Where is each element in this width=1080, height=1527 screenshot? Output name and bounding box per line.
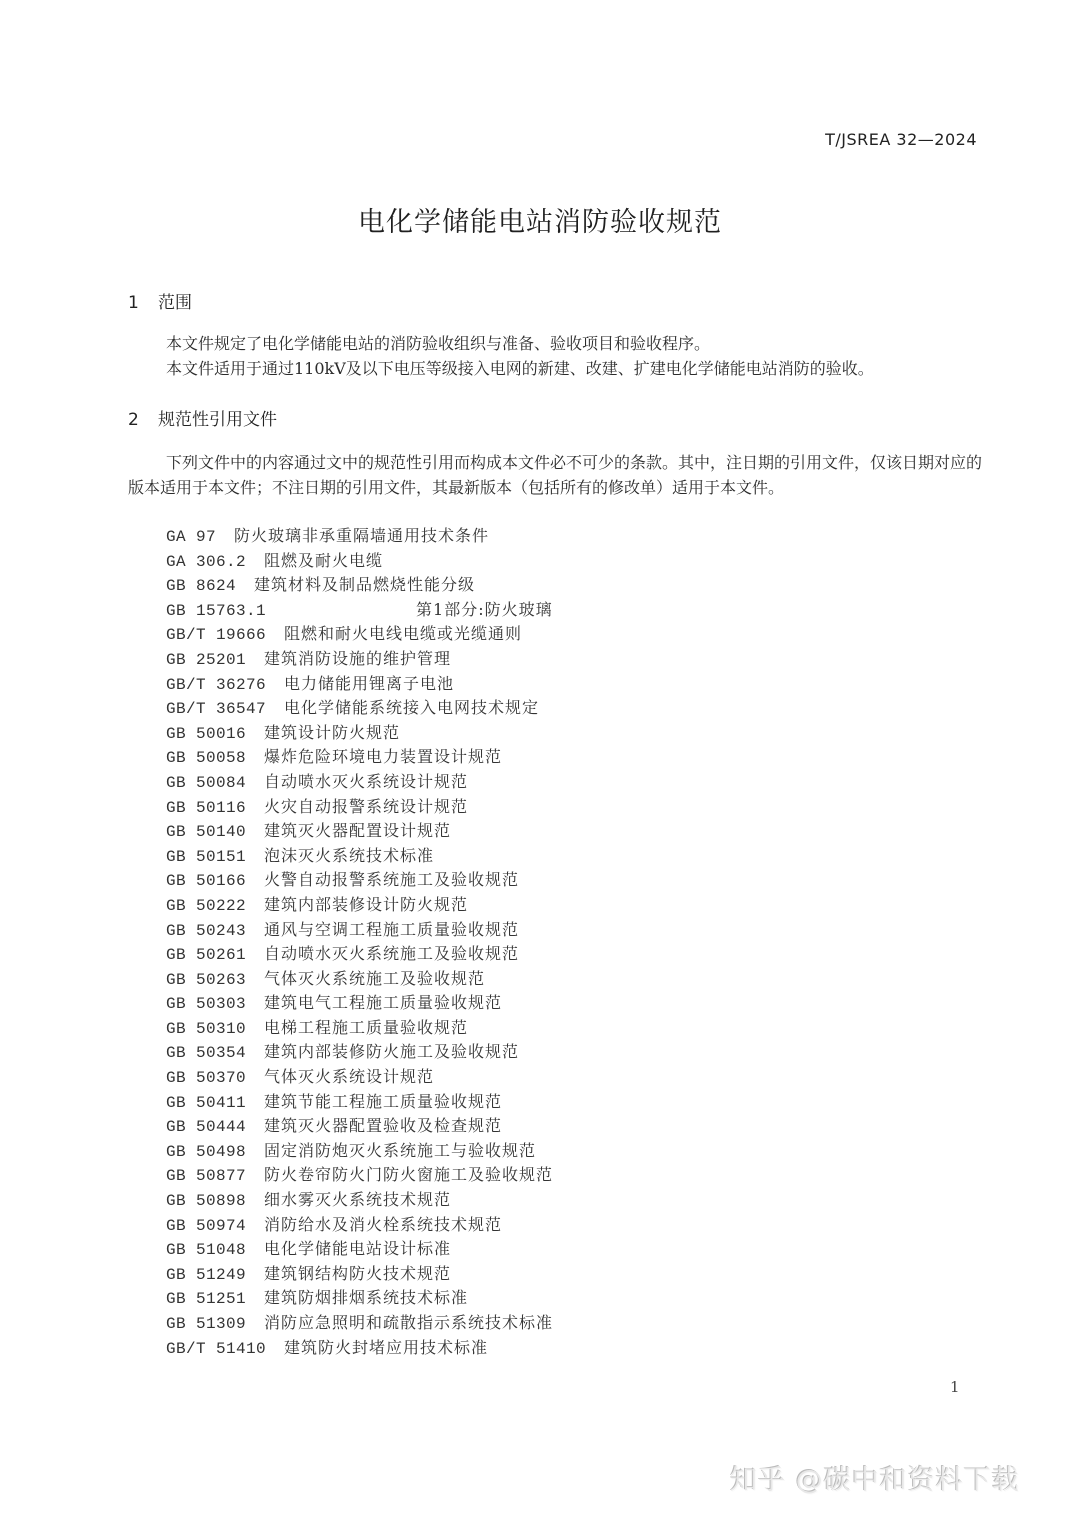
- reference-item: GB 51249建筑钢结构防火技术规范: [166, 1262, 553, 1287]
- reference-name: 建筑消防设施的维护管理: [264, 647, 451, 672]
- reference-name: 电化学储能电站设计标准: [264, 1237, 451, 1262]
- reference-code: GB 50263: [166, 968, 246, 993]
- reference-item: GB/T 36276电力储能用锂离子电池: [166, 672, 553, 697]
- reference-code: GB 15763.1: [166, 599, 266, 624]
- reference-name: 建筑灭火器配置验收及检查规范: [264, 1114, 502, 1139]
- section-1-heading: 1范围: [128, 288, 192, 313]
- reference-name: 火灾自动报警系统设计规范: [264, 795, 468, 820]
- reference-name: 自动喷水灭火系统施工及验收规范: [264, 942, 519, 967]
- reference-code: GB 50016: [166, 722, 246, 747]
- reference-code: GB 50877: [166, 1164, 246, 1189]
- reference-name: 防火玻璃非承重隔墙通用技术条件: [234, 524, 489, 549]
- reference-name: 建筑内部装修防火施工及验收规范: [264, 1040, 519, 1065]
- reference-item: GB 50140建筑灭火器配置设计规范: [166, 819, 553, 844]
- reference-code: GB 8624: [166, 574, 236, 599]
- reference-code: GB 50151: [166, 845, 246, 870]
- reference-name: 建筑防火封堵应用技术标准: [284, 1336, 488, 1361]
- reference-name: 建筑电气工程施工质量验收规范: [264, 991, 502, 1016]
- reference-item: GB 50151泡沫灭火系统技术标准: [166, 844, 553, 869]
- reference-item: GB 50444建筑灭火器配置验收及检查规范: [166, 1114, 553, 1139]
- reference-code: GB 50303: [166, 992, 246, 1017]
- section-title: 规范性引用文件: [158, 410, 277, 430]
- section-title: 范围: [158, 293, 192, 313]
- reference-code: GA 306.2: [166, 550, 246, 575]
- reference-name: 通风与空调工程施工质量验收规范: [264, 918, 519, 943]
- reference-name: 泡沫灭火系统技术标准: [264, 844, 434, 869]
- reference-code: GB 50140: [166, 820, 246, 845]
- reference-name: 建筑节能工程施工质量验收规范: [264, 1090, 502, 1115]
- reference-name: 阻燃和耐火电线电缆或光缆通则: [284, 622, 522, 647]
- reference-name: 消防给水及消火栓系统技术规范: [264, 1213, 502, 1238]
- reference-item: GB 50898细水雾灭火系统技术规范: [166, 1188, 553, 1213]
- reference-item: GB 50058爆炸危险环境电力装置设计规范: [166, 745, 553, 770]
- section-2-intro: 下列文件中的内容通过文中的规范性引用而构成本文件必不可少的条款。其中，注日期的引…: [128, 451, 983, 500]
- reference-item: GB 50354建筑内部装修防火施工及验收规范: [166, 1040, 553, 1065]
- reference-item: GB 50166火警自动报警系统施工及验收规范: [166, 868, 553, 893]
- section-2-heading: 2规范性引用文件: [128, 405, 277, 430]
- reference-code: GB/T 36547: [166, 697, 266, 722]
- reference-item: GB/T 36547电化学储能系统接入电网技术规定: [166, 696, 553, 721]
- reference-item: GB 50261自动喷水灭火系统施工及验收规范: [166, 942, 553, 967]
- reference-item: GA 97防火玻璃非承重隔墙通用技术条件: [166, 524, 553, 549]
- standard-code: T/JSREA 32—2024: [825, 130, 977, 149]
- reference-name: 建筑设计防火规范: [264, 721, 400, 746]
- reference-name: 细水雾灭火系统技术规范: [264, 1188, 451, 1213]
- reference-item: GB/T 19666阻燃和耐火电线电缆或光缆通则: [166, 622, 553, 647]
- reference-item: GB 50370气体灭火系统设计规范: [166, 1065, 553, 1090]
- reference-name: 建筑防烟排烟系统技术标准: [264, 1286, 468, 1311]
- reference-item: GB 51309消防应急照明和疏散指示系统技术标准: [166, 1311, 553, 1336]
- reference-item: GB 51251建筑防烟排烟系统技术标准: [166, 1286, 553, 1311]
- reference-name: 自动喷水灭火系统设计规范: [264, 770, 468, 795]
- paragraph: 下列文件中的内容通过文中的规范性引用而构成本文件必不可少的条款。其中，注日期的引…: [128, 451, 983, 500]
- reference-name: 建筑钢结构防火技术规范: [264, 1262, 451, 1287]
- reference-name: 火警自动报警系统施工及验收规范: [264, 868, 519, 893]
- reference-item: GB 50877防火卷帘防火门防火窗施工及验收规范: [166, 1163, 553, 1188]
- reference-name: 固定消防炮灭火系统施工与验收规范: [264, 1139, 536, 1164]
- reference-item: GB 25201建筑消防设施的维护管理: [166, 647, 553, 672]
- reference-code: GB 50243: [166, 919, 246, 944]
- reference-code: GB 50222: [166, 894, 246, 919]
- reference-code: GB 50411: [166, 1091, 246, 1116]
- reference-code: GB 25201: [166, 648, 246, 673]
- reference-item: GB 50974消防给水及消火栓系统技术规范: [166, 1213, 553, 1238]
- reference-code: GB 50370: [166, 1066, 246, 1091]
- reference-item: GB 51048电化学储能电站设计标准: [166, 1237, 553, 1262]
- page-number: 1: [950, 1378, 960, 1396]
- reference-name: 建筑灭火器配置设计规范: [264, 819, 451, 844]
- reference-item: GB 50084自动喷水灭火系统设计规范: [166, 770, 553, 795]
- reference-item: GB 50303建筑电气工程施工质量验收规范: [166, 991, 553, 1016]
- reference-name: 消防应急照明和疏散指示系统技术标准: [264, 1311, 553, 1336]
- reference-name: 防火卷帘防火门防火窗施工及验收规范: [264, 1163, 553, 1188]
- reference-item: GB 50222建筑内部装修设计防火规范: [166, 893, 553, 918]
- reference-code: GB 50084: [166, 771, 246, 796]
- reference-item: GB 50016建筑设计防火规范: [166, 721, 553, 746]
- reference-list: GA 97防火玻璃非承重隔墙通用技术条件 GA 306.2阻燃及耐火电缆 GB …: [166, 524, 553, 1360]
- section-1-body: 本文件规定了电化学储能电站的消防验收组织与准备、验收项目和验收程序。 本文件适用…: [128, 332, 983, 381]
- reference-code: GB 50261: [166, 943, 246, 968]
- reference-item: GB 50243通风与空调工程施工质量验收规范: [166, 918, 553, 943]
- reference-name: 气体灭火系统施工及验收规范: [264, 967, 485, 992]
- reference-code: GB 51249: [166, 1263, 246, 1288]
- reference-name: 阻燃及耐火电缆: [264, 549, 383, 574]
- reference-code: GB 50498: [166, 1140, 246, 1165]
- reference-item: GB/T 51410建筑防火封堵应用技术标准: [166, 1336, 553, 1361]
- document-title: 电化学储能电站消防验收规范: [0, 200, 1080, 239]
- watermark: 知乎 @碳中和资料下载: [730, 1458, 1020, 1497]
- reference-name: 电力储能用锂离子电池: [284, 672, 454, 697]
- reference-name: 建筑材料及制品燃烧性能分级: [254, 573, 475, 598]
- reference-code: GB 50974: [166, 1214, 246, 1239]
- reference-code: GB 50898: [166, 1189, 246, 1214]
- reference-code: GB/T 19666: [166, 623, 266, 648]
- reference-item: GB 8624建筑材料及制品燃烧性能分级: [166, 573, 553, 598]
- section-number: 1: [128, 293, 158, 313]
- paragraph: 本文件适用于通过110kV及以下电压等级接入电网的新建、改建、扩建电化学储能电站…: [128, 357, 983, 382]
- reference-name: 气体灭火系统设计规范: [264, 1065, 434, 1090]
- reference-item: GB 50310电梯工程施工质量验收规范: [166, 1016, 553, 1041]
- reference-item: GB 50498固定消防炮灭火系统施工与验收规范: [166, 1139, 553, 1164]
- reference-item: GA 306.2阻燃及耐火电缆: [166, 549, 553, 574]
- reference-item: GB 15763.1第1部分:防火玻璃: [166, 598, 553, 623]
- reference-code: GB 50444: [166, 1115, 246, 1140]
- reference-name: 第1部分:防火玻璃: [416, 598, 553, 623]
- reference-code: GB 50310: [166, 1017, 246, 1042]
- reference-code: GB/T 36276: [166, 673, 266, 698]
- reference-name: 电化学储能系统接入电网技术规定: [284, 696, 539, 721]
- reference-code: GB 51251: [166, 1287, 246, 1312]
- reference-name: 电梯工程施工质量验收规范: [264, 1016, 468, 1041]
- reference-code: GB 51309: [166, 1312, 246, 1337]
- reference-item: GB 50263气体灭火系统施工及验收规范: [166, 967, 553, 992]
- reference-item: GB 50116火灾自动报警系统设计规范: [166, 795, 553, 820]
- reference-code: GB 50354: [166, 1041, 246, 1066]
- section-number: 2: [128, 410, 158, 430]
- reference-code: GA 97: [166, 525, 216, 550]
- reference-code: GB 51048: [166, 1238, 246, 1263]
- reference-code: GB/T 51410: [166, 1337, 266, 1362]
- reference-code: GB 50058: [166, 746, 246, 771]
- reference-code: GB 50166: [166, 869, 246, 894]
- reference-name: 建筑内部装修设计防火规范: [264, 893, 468, 918]
- paragraph: 本文件规定了电化学储能电站的消防验收组织与准备、验收项目和验收程序。: [128, 332, 983, 357]
- reference-item: GB 50411建筑节能工程施工质量验收规范: [166, 1090, 553, 1115]
- reference-name: 爆炸危险环境电力装置设计规范: [264, 745, 502, 770]
- reference-code: GB 50116: [166, 796, 246, 821]
